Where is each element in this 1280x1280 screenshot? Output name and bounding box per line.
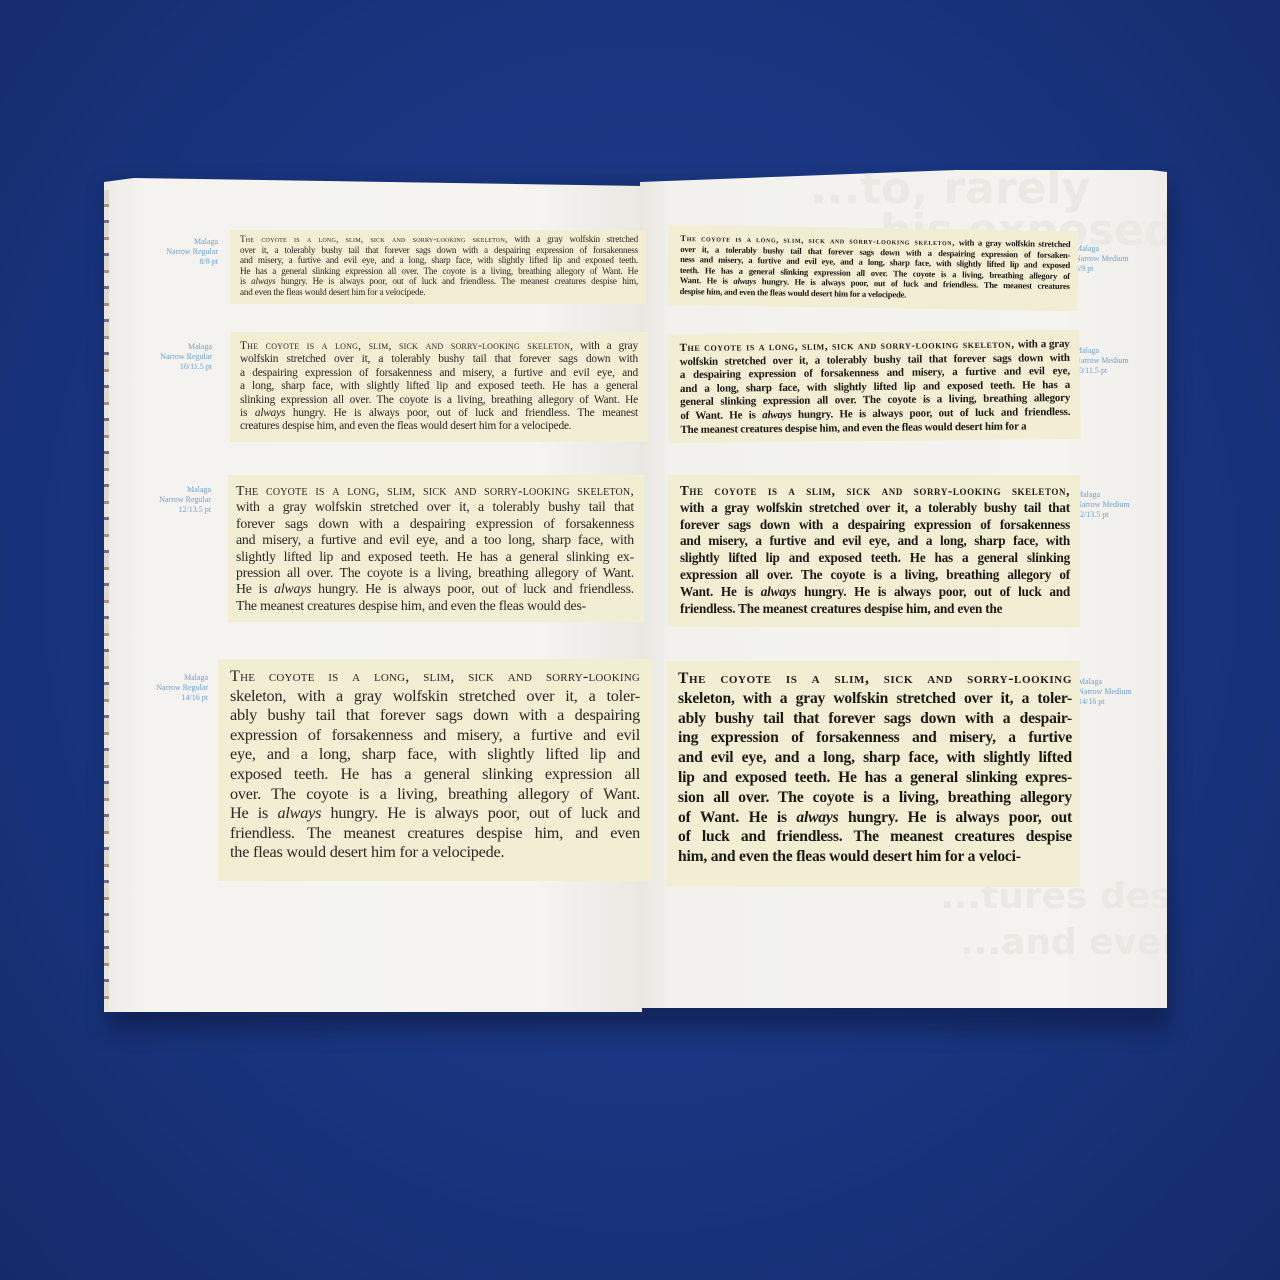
label-size: 14/16 pt	[118, 693, 208, 703]
specimen-line: skeleton, with a gray wolfskin stretched…	[678, 689, 1072, 709]
specimen-line: and misery, a furtive and evil eye, and …	[240, 255, 638, 266]
specimen-line: The coyote is a long, slim, sick and sor…	[240, 340, 638, 353]
specimen-block: The coyote is a long, slim, sick and sor…	[667, 330, 1080, 443]
label-style: Narrow Medium	[1075, 356, 1165, 366]
emphasis-text: always	[274, 581, 311, 596]
show-through-text: ...and even the fl	[960, 916, 1167, 970]
specimen-line: slinking expression all over. The coyote…	[240, 394, 638, 407]
specimen-line: a long, sharp face, with slightly lifted…	[240, 380, 638, 393]
specimen-line: and even the fleas would desert him for …	[240, 287, 638, 298]
specimen-line: He is always hungry. He is always poor, …	[230, 804, 640, 824]
specimen-line: slightly lifted lip and exposed teeth. H…	[236, 549, 634, 565]
specimen-line: of Want. He is always hungry. He is alwa…	[678, 808, 1072, 828]
emphasis-text: always	[251, 276, 275, 286]
specimen-line: He is always hungry. He is always poor, …	[236, 581, 634, 597]
label-style: Narrow Medium	[1075, 254, 1165, 264]
specimen-line: and misery, a furtive and evil eye, and …	[680, 533, 1070, 550]
specimen-line: ably bushy tail that forever sags down w…	[230, 706, 640, 726]
specimen-label: Malaga Narrow Regular 10/11.5 pt	[122, 342, 212, 372]
specimen-block: The coyote is a long, slim, sick and sor…	[230, 332, 648, 442]
specimen-line: The coyote is a slim, sick and sorry-loo…	[678, 669, 1072, 689]
specimen-line: The coyote is a long, slim, sick and sor…	[236, 483, 634, 499]
specimen-label: Malaga Narrow Medium 14/16 pt	[1078, 677, 1168, 707]
label-size: 8/9 pt	[1075, 264, 1165, 274]
specimen-label: Malaga Narrow Medium 10/11.5 pt	[1075, 346, 1165, 376]
small-caps-lead: The coyote is a long, slim, sick and sor…	[240, 340, 573, 352]
specimen-line: a despairing expression of forsakenness …	[240, 367, 638, 380]
specimen-label: Malaga Narrow Regular 14/16 pt	[118, 673, 208, 703]
label-size: 14/16 pt	[1078, 697, 1168, 707]
small-caps-lead: The coyote is a long, slim, sick and sor…	[240, 234, 508, 244]
label-size: 10/11.5 pt	[1075, 366, 1165, 376]
specimen-line: expression of forsakenness and misery, a…	[230, 726, 640, 746]
specimen-line: friendless. The meanest creatures despis…	[680, 601, 1070, 618]
specimen-label: Malaga Narrow Regular 12/13.5 pt	[121, 485, 211, 515]
specimen-line: The coyote is a long, slim, sick and sor…	[230, 667, 640, 687]
label-style: Narrow Regular	[121, 495, 211, 505]
label-style: Narrow Regular	[118, 683, 208, 693]
specimen-line: eye, and a long, sharp face, with slight…	[230, 745, 640, 765]
specimen-line: and evil eye, and a long, sharp face, wi…	[678, 748, 1072, 768]
specimen-line: The meanest creatures despise him, and e…	[236, 598, 634, 614]
specimen-line: The coyote is a long, slim, sick and sor…	[240, 234, 638, 245]
specimen-line: sion all over. The coyote is a living, b…	[678, 788, 1072, 808]
small-caps-lead: The coyote is a long, slim, sick and sor…	[230, 667, 640, 685]
specimen-line: with a gray wolfskin stretched over it, …	[236, 499, 634, 515]
specimen-block: The coyote is a long, slim, sick and sor…	[667, 225, 1078, 311]
specimen-line: forever sags down with a despairing expr…	[680, 517, 1070, 534]
specimen-line: the fleas would desert him for a velocip…	[230, 843, 640, 863]
label-style: Narrow Medium	[1078, 687, 1168, 697]
specimen-line: He has a general slinking expression all…	[240, 266, 638, 277]
label-size: 12/13.5 pt	[121, 505, 211, 515]
emphasis-text: always	[733, 276, 756, 286]
specimen-line: of luck and friendless. The meanest crea…	[678, 827, 1072, 847]
specimen-label: Malaga Narrow Medium 8/9 pt	[1075, 244, 1165, 274]
specimen-line: is always hungry. He is always poor, out…	[240, 407, 638, 420]
specimen-line: The coyote is a slim, sick and sorry-loo…	[680, 483, 1070, 500]
small-caps-lead: The coyote is a slim, sick and sorry-loo…	[678, 670, 1072, 687]
specimen-line: lip and exposed teeth. He has a general …	[678, 768, 1072, 788]
specimen-line: exposed teeth. He has a general slinking…	[230, 765, 640, 785]
specimen-line: skeleton, with a gray wolfskin stretched…	[230, 687, 640, 707]
specimen-line: ably bushy tail that forever sags down w…	[678, 709, 1072, 729]
specimen-block: The coyote is a slim, sick and sorry-loo…	[666, 661, 1080, 887]
label-size: 10/11.5 pt	[122, 362, 212, 372]
specimen-line: slightly lifted lip and exposed teeth. H…	[680, 550, 1070, 567]
specimen-label: Malaga Narrow Regular 8/9 pt	[128, 237, 218, 267]
label-family: Malaga	[1078, 677, 1168, 687]
specimen-label: Malaga Narrow Medium 12/13.5 pt	[1076, 490, 1166, 520]
specimen-line: forever sags down with a despairing expr…	[236, 516, 634, 532]
label-family: Malaga	[128, 237, 218, 247]
specimen-block: The coyote is a long, slim, sick and sor…	[230, 230, 646, 304]
label-family: Malaga	[1075, 244, 1165, 254]
label-family: Malaga	[121, 485, 211, 495]
emphasis-text: always	[761, 584, 796, 599]
booklet-spine-edge	[104, 190, 109, 1010]
label-size: 8/9 pt	[128, 257, 218, 267]
specimen-line: with a gray wolfskin stretched over it, …	[680, 500, 1070, 517]
label-family: Malaga	[1076, 490, 1166, 500]
specimen-line: over it, a tolerably bushy tail that for…	[240, 245, 638, 256]
label-family: Malaga	[1075, 346, 1165, 356]
specimen-line: Want. He is always hungry. He is always …	[680, 584, 1070, 601]
label-style: Narrow Regular	[122, 352, 212, 362]
label-family: Malaga	[118, 673, 208, 683]
label-style: Narrow Medium	[1076, 500, 1166, 510]
specimen-line: and misery, a furtive and evil eye, and …	[236, 532, 634, 548]
specimen-block: The coyote is a slim, sick and sorry-loo…	[668, 475, 1080, 627]
specimen-line: over. The coyote is a living, breathing …	[230, 785, 640, 805]
specimen-line: creatures despise him, and even the flea…	[240, 420, 638, 433]
emphasis-text: always	[762, 409, 791, 421]
specimen-line: ing expression of forsakenness and miser…	[678, 728, 1072, 748]
small-caps-lead: The coyote is a long, slim, sick and sor…	[236, 483, 634, 498]
label-style: Narrow Regular	[128, 247, 218, 257]
specimen-block: The coyote is a long, slim, sick and sor…	[228, 475, 644, 622]
specimen-line: is always hungry. He is always poor, out…	[240, 276, 638, 287]
specimen-line: wolfskin stretched over it, a tolerably …	[240, 353, 638, 366]
specimen-line: friendless. The meanest creatures despis…	[230, 824, 640, 844]
specimen-block: The coyote is a long, slim, sick and sor…	[218, 659, 652, 881]
emphasis-text: always	[796, 809, 838, 826]
emphasis-text: always	[277, 804, 321, 822]
small-caps-lead: The coyote is a long, slim, sick and sor…	[680, 339, 1015, 355]
specimen-line: him, and even the fleas would desert him…	[678, 847, 1072, 867]
small-caps-lead: The coyote is a slim, sick and sorry-loo…	[680, 483, 1070, 498]
specimen-line: pression all over. The coyote is a livin…	[236, 565, 634, 581]
label-size: 12/13.5 pt	[1076, 510, 1166, 520]
label-family: Malaga	[122, 342, 212, 352]
specimen-line: expression all over. The coyote is a liv…	[680, 567, 1070, 584]
emphasis-text: always	[255, 407, 285, 419]
